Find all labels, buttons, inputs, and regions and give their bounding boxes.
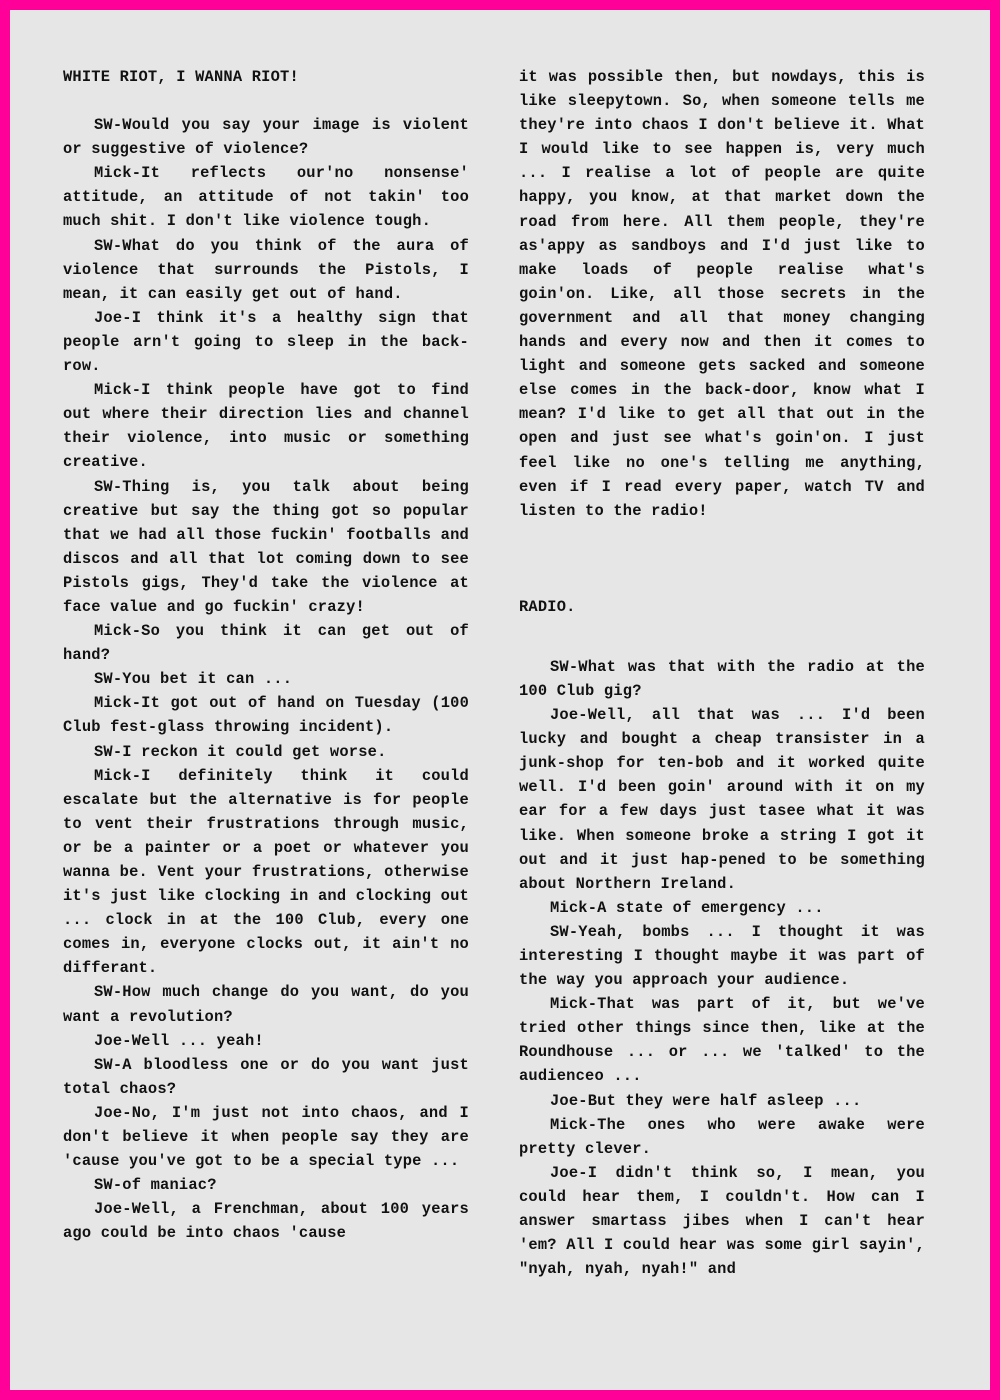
- interview-paragraph: SW-of maniac?: [63, 1173, 469, 1197]
- interview-paragraph: SW-You bet it can ...: [63, 667, 469, 691]
- section-spacer: [519, 523, 925, 595]
- interview-paragraph: SW-How much change do you want, do you w…: [63, 980, 469, 1028]
- interview-paragraph: Joe-I think it's a healthy sign that peo…: [63, 306, 469, 378]
- interview-paragraph: Mick-The ones who were awake were pretty…: [519, 1113, 925, 1161]
- section-heading-radio: RADIO.: [519, 595, 925, 619]
- interview-paragraph: Mick-It got out of hand on Tuesday (100 …: [63, 691, 469, 739]
- right-column: it was possible then, but nowdays, this …: [519, 65, 925, 1281]
- interview-paragraph: SW-Yeah, bombs ... I thought it was inte…: [519, 920, 925, 992]
- interview-paragraph: Joe-Well ... yeah!: [63, 1029, 469, 1053]
- zine-page: WHITE RIOT, I WANNA RIOT! SW-Would you s…: [10, 10, 990, 1390]
- interview-paragraph: Joe-I didn't think so, I mean, you could…: [519, 1161, 925, 1281]
- interview-paragraph: SW-A bloodless one or do you want just t…: [63, 1053, 469, 1101]
- interview-paragraph: Mick-That was part of it, but we've trie…: [519, 992, 925, 1088]
- interview-paragraph: Joe-No, I'm just not into chaos, and I d…: [63, 1101, 469, 1173]
- continued-paragraph: it was possible then, but nowdays, this …: [519, 65, 925, 523]
- interview-paragraph: Mick-A state of emergency ...: [519, 896, 925, 920]
- interview-paragraph: Mick-It reflects our'no nonsense' attitu…: [63, 161, 469, 233]
- interview-paragraph: Mick-So you think it can get out of hand…: [63, 619, 469, 667]
- interview-paragraph: SW-Would you say your image is violent o…: [63, 113, 469, 161]
- interview-paragraph: Mick-I definitely think it could escalat…: [63, 764, 469, 981]
- interview-paragraph: SW-I reckon it could get worse.: [63, 740, 469, 764]
- left-column: WHITE RIOT, I WANNA RIOT! SW-Would you s…: [63, 65, 469, 1246]
- interview-paragraph: Joe-Well, all that was ... I'd been luck…: [519, 703, 925, 896]
- interview-paragraph: SW-What was that with the radio at the 1…: [519, 655, 925, 703]
- interview-paragraph: SW-What do you think of the aura of viol…: [63, 234, 469, 306]
- interview-paragraph: Joe-But they were half asleep ...: [519, 1089, 925, 1113]
- article-heading: WHITE RIOT, I WANNA RIOT!: [63, 65, 469, 89]
- interview-paragraph: Mick-I think people have got to find out…: [63, 378, 469, 474]
- interview-paragraph: SW-Thing is, you talk about being creati…: [63, 475, 469, 620]
- interview-paragraph: Joe-Well, a Frenchman, about 100 years a…: [63, 1197, 469, 1245]
